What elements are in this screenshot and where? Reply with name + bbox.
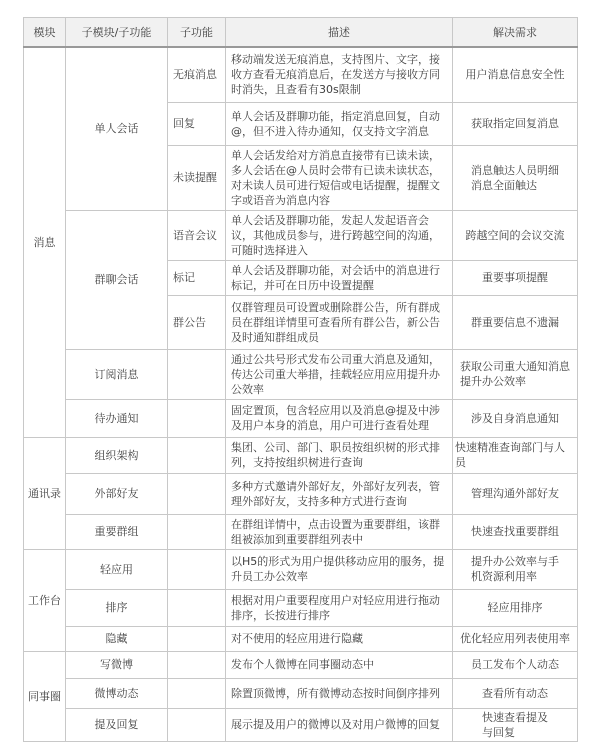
submodule-cell: 微博动态	[66, 678, 168, 708]
submodule-cell: 写微博	[66, 651, 168, 678]
requirement-cell: 轻应用排序	[453, 589, 578, 626]
requirement-cell: 跨越空间的会议交流	[453, 210, 578, 260]
requirement-text: 轻应用排序	[488, 600, 543, 615]
requirement-text: 优化轻应用列表使用率	[460, 631, 570, 646]
requirement-text: 用户消息信息安全性	[466, 67, 565, 82]
requirement-text: 跨越空间的会议交流	[466, 228, 565, 243]
feature-cell	[168, 589, 226, 626]
feature-cell	[168, 651, 226, 678]
table-row: 工作台轻应用以H5的形式为用户提供移动应用的服务，提升员工办公效率提升办公效率与…	[24, 549, 578, 589]
table-row: 消息单人会话无痕消息移动端发送无痕消息，支持图片、文字，接收方查看无痕消息后，在…	[24, 47, 578, 102]
requirement-cell: 快速精准查询部门与人员	[453, 437, 578, 473]
table-row: 微博动态除置顶微博，所有微博动态按时间倒序排列查看所有动态	[24, 678, 578, 708]
module-cell: 消息	[24, 47, 66, 437]
description-cell: 集团、公司、部门、职员按组织树的形式排列，支持按组织树进行查询	[226, 437, 453, 473]
requirement-text: 重要事项提醒	[482, 270, 548, 285]
requirement-cell: 提升办公效率与手 机资源利用率	[453, 549, 578, 589]
requirement-cell: 获取指定回复消息	[453, 102, 578, 145]
requirement-cell: 消息触达人员明细 消息全面触达	[453, 145, 578, 210]
submodule-cell: 待办通知	[66, 399, 168, 437]
requirement-text: 快速查找重要群组	[471, 524, 559, 539]
feature-spec-table-container: 模块 子模块/子功能 子功能 描述 解决需求 消息单人会话无痕消息移动端发送无痕…	[23, 17, 578, 742]
submodule-cell: 重要群组	[66, 514, 168, 549]
table-row: 待办通知固定置顶，包含轻应用以及消息@提及中涉及用户本身的消息，用户可进行查看处…	[24, 399, 578, 437]
feature-cell	[168, 399, 226, 437]
feature-cell: 回复	[168, 102, 226, 145]
feature-cell: 未读提醒	[168, 145, 226, 210]
table-row: 重要群组在群组详情中，点击设置为重要群组，该群组被添加到重要群组列表中快速查找重…	[24, 514, 578, 549]
description-cell: 通过公共号形式发布公司重大消息及通知，传达公司重大举措，挂载轻应用应用提升办公效…	[226, 349, 453, 399]
module-cell: 通讯录	[24, 437, 66, 549]
module-cell: 工作台	[24, 549, 66, 651]
table-row: 通讯录组织架构集团、公司、部门、职员按组织树的形式排列，支持按组织树进行查询快速…	[24, 437, 578, 473]
table-row: 隐藏对不使用的轻应用进行隐藏优化轻应用列表使用率	[24, 626, 578, 651]
feature-cell	[168, 473, 226, 514]
requirement-text: 消息触达人员明细 消息全面触达	[471, 163, 559, 193]
requirement-text: 获取公司重大通知消息 提升办公效率	[460, 359, 570, 389]
description-cell: 单人会话及群聊功能，指定消息回复，自动@，但不进入待办通知，仅支持文字消息	[226, 102, 453, 145]
requirement-cell: 员工发布个人动态	[453, 651, 578, 678]
requirement-cell: 快速查找重要群组	[453, 514, 578, 549]
feature-cell: 群公告	[168, 295, 226, 349]
feature-cell	[168, 549, 226, 589]
description-cell: 以H5的形式为用户提供移动应用的服务，提升员工办公效率	[226, 549, 453, 589]
module-cell: 同事圈	[24, 651, 66, 741]
description-cell: 固定置顶，包含轻应用以及消息@提及中涉及用户本身的消息，用户可进行查看处理	[226, 399, 453, 437]
submodule-cell: 群聊会话	[66, 210, 168, 349]
table-row: 订阅消息通过公共号形式发布公司重大消息及通知，传达公司重大举措，挂载轻应用应用提…	[24, 349, 578, 399]
requirement-text: 获取指定回复消息	[471, 116, 559, 131]
description-cell: 对不使用的轻应用进行隐藏	[226, 626, 453, 651]
column-header-requirement: 解决需求	[453, 18, 578, 48]
description-cell: 移动端发送无痕消息，支持图片、文字，接收方查看无痕消息后，在发送方与接收方同时消…	[226, 47, 453, 102]
description-cell: 多种方式邀请外部好友，外部好友列表，管理外部好友，支持多种方式进行查询	[226, 473, 453, 514]
description-cell: 除置顶微博，所有微博动态按时间倒序排列	[226, 678, 453, 708]
table-row: 提及回复展示提及用户的微博以及对用户微博的回复快速查看提及 与回复	[24, 708, 578, 741]
feature-cell	[168, 349, 226, 399]
requirement-text: 查看所有动态	[482, 686, 548, 701]
feature-cell: 无痕消息	[168, 47, 226, 102]
requirement-cell: 管理沟通外部好友	[453, 473, 578, 514]
submodule-cell: 轻应用	[66, 549, 168, 589]
feature-cell	[168, 708, 226, 741]
description-cell: 发布个人微博在同事圈动态中	[226, 651, 453, 678]
feature-cell	[168, 514, 226, 549]
description-cell: 单人会话及群聊功能，对会话中的消息进行标记，并可在日历中设置提醒	[226, 260, 453, 295]
submodule-cell: 隐藏	[66, 626, 168, 651]
requirement-text: 提升办公效率与手 机资源利用率	[471, 554, 559, 584]
feature-spec-table: 模块 子模块/子功能 子功能 描述 解决需求 消息单人会话无痕消息移动端发送无痕…	[23, 17, 578, 742]
table-row: 外部好友多种方式邀请外部好友，外部好友列表，管理外部好友，支持多种方式进行查询管…	[24, 473, 578, 514]
requirement-cell: 优化轻应用列表使用率	[453, 626, 578, 651]
requirement-cell: 获取公司重大通知消息 提升办公效率	[453, 349, 578, 399]
requirement-cell: 快速查看提及 与回复	[453, 708, 578, 741]
column-header-description: 描述	[226, 18, 453, 48]
requirement-cell: 重要事项提醒	[453, 260, 578, 295]
description-cell: 展示提及用户的微博以及对用户微博的回复	[226, 708, 453, 741]
requirement-cell: 群重要信息不遗漏	[453, 295, 578, 349]
table-row: 排序根据对用户重要程度用户对轻应用进行拖动排序，长按进行排序轻应用排序	[24, 589, 578, 626]
feature-cell: 语音会议	[168, 210, 226, 260]
table-row: 同事圈写微博发布个人微博在同事圈动态中员工发布个人动态	[24, 651, 578, 678]
requirement-cell: 涉及自身消息通知	[453, 399, 578, 437]
description-cell: 仅群管理员可设置或删除群公告，所有群成员在群组详情里可查看所有群公告，新公告及时…	[226, 295, 453, 349]
table-body: 消息单人会话无痕消息移动端发送无痕消息，支持图片、文字，接收方查看无痕消息后，在…	[24, 47, 578, 741]
submodule-cell: 外部好友	[66, 473, 168, 514]
requirement-cell: 用户消息信息安全性	[453, 47, 578, 102]
description-cell: 单人会话发给对方消息直接带有已读未读，多人会话在@人员时会带有已读未读状态，对未…	[226, 145, 453, 210]
column-header-submodule: 子模块/子功能	[66, 18, 168, 48]
requirement-text: 管理沟通外部好友	[471, 486, 559, 501]
requirement-text: 快速精准查询部门与人员	[455, 440, 575, 470]
header-row: 模块 子模块/子功能 子功能 描述 解决需求	[24, 18, 578, 48]
submodule-cell: 排序	[66, 589, 168, 626]
requirement-text: 群重要信息不遗漏	[471, 315, 559, 330]
submodule-cell: 提及回复	[66, 708, 168, 741]
feature-cell	[168, 678, 226, 708]
feature-cell	[168, 437, 226, 473]
column-header-module: 模块	[24, 18, 66, 48]
submodule-cell: 组织架构	[66, 437, 168, 473]
submodule-cell: 单人会话	[66, 47, 168, 210]
description-cell: 单人会话及群聊功能，发起人发起语音会议，其他成员参与，进行跨越空间的沟通，可随时…	[226, 210, 453, 260]
feature-cell: 标记	[168, 260, 226, 295]
requirement-text: 员工发布个人动态	[471, 657, 559, 672]
description-cell: 根据对用户重要程度用户对轻应用进行拖动排序，长按进行排序	[226, 589, 453, 626]
table-row: 群聊会话语音会议单人会话及群聊功能，发起人发起语音会议，其他成员参与，进行跨越空…	[24, 210, 578, 260]
feature-cell	[168, 626, 226, 651]
requirement-text: 涉及自身消息通知	[471, 411, 559, 426]
column-header-subfeature: 子功能	[168, 18, 226, 48]
description-cell: 在群组详情中，点击设置为重要群组，该群组被添加到重要群组列表中	[226, 514, 453, 549]
requirement-cell: 查看所有动态	[453, 678, 578, 708]
requirement-text: 快速查看提及 与回复	[482, 710, 548, 740]
submodule-cell: 订阅消息	[66, 349, 168, 399]
